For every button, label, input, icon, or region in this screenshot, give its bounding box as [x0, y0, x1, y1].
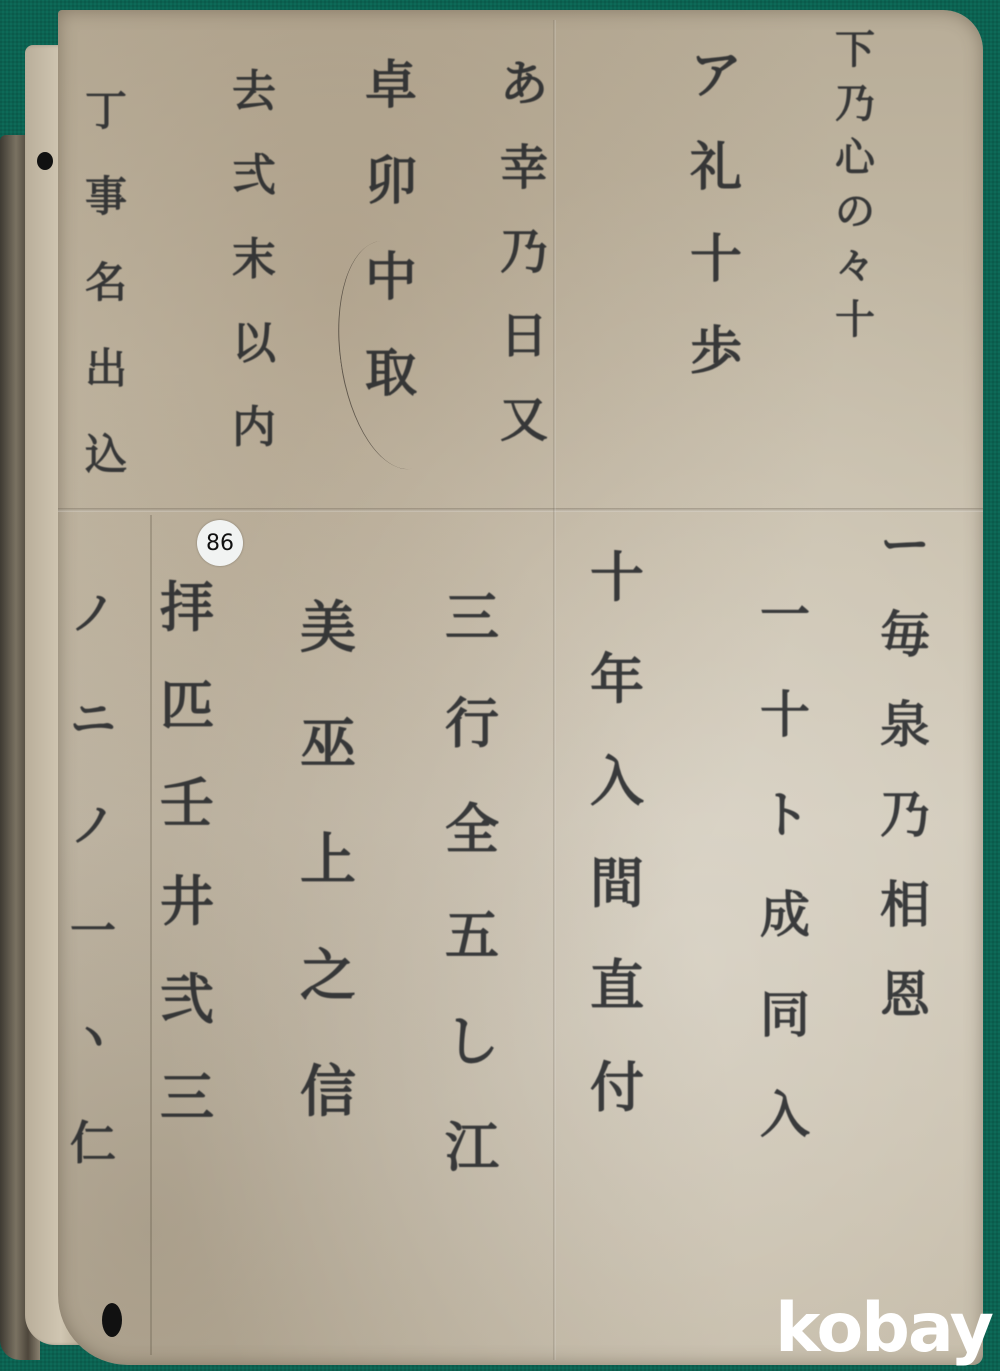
- ink-glyph: 間: [590, 856, 644, 910]
- text-column-upper-2: ア 礼 十 歩: [690, 50, 742, 378]
- ink-glyph: 同: [760, 990, 810, 1040]
- ink-glyph: 入: [760, 1090, 810, 1140]
- ink-glyph: あ: [500, 60, 548, 108]
- ink-glyph: 乃: [880, 790, 930, 840]
- ink-glyph: 上: [300, 832, 356, 888]
- ink-glyph: 年: [590, 652, 644, 706]
- kobay-watermark: kobay: [775, 1295, 992, 1363]
- ink-glyph: 歩: [690, 326, 742, 378]
- ink-glyph: 心: [835, 138, 875, 178]
- ink-glyph: 十: [760, 690, 810, 740]
- text-column-upper-3: あ 幸 乃 日 又: [500, 60, 548, 444]
- page-number-sticker: 86: [197, 520, 243, 566]
- text-column-lower-1: ー 毎 泉 乃 相 恩: [880, 520, 930, 1020]
- ink-glyph: 卯: [365, 156, 417, 208]
- ink-blot: [37, 152, 53, 170]
- ink-glyph: 拝: [160, 580, 214, 634]
- text-column-lower-4: 三 行 全 五 し 江: [445, 590, 499, 1174]
- ink-glyph: 相: [880, 880, 930, 930]
- ink-glyph: 江: [445, 1120, 499, 1174]
- ink-glyph: 日: [500, 312, 548, 360]
- ink-glyph: 々: [835, 246, 875, 286]
- ink-glyph: 又: [500, 396, 548, 444]
- margin-line: [150, 515, 152, 1355]
- ink-glyph: 一: [760, 590, 810, 640]
- ink-glyph: 之: [300, 948, 356, 1004]
- ink-glyph: の: [835, 192, 875, 232]
- ink-glyph: ト: [760, 790, 810, 840]
- ink-glyph: 十: [690, 234, 742, 286]
- ink-glyph: ニ: [70, 696, 116, 742]
- ink-glyph: 泉: [880, 700, 930, 750]
- ink-glyph: 一: [70, 908, 116, 954]
- ink-glyph: 幸: [500, 144, 548, 192]
- ink-glyph: 入: [590, 754, 644, 808]
- ink-glyph: 五: [445, 908, 499, 962]
- text-column-upper-6: 丁 事 名 出 込: [85, 90, 127, 476]
- ink-glyph: し: [445, 1014, 499, 1068]
- ink-glyph: 仁: [70, 1120, 116, 1166]
- ink-glyph: 末: [232, 238, 276, 282]
- text-column-upper-5: 去 弍 末 以 内: [232, 70, 276, 450]
- text-column-upper-1: 下 乃 心 の 々 十: [835, 30, 875, 340]
- ink-glyph: 恩: [880, 970, 930, 1020]
- ink-glyph: 下: [835, 30, 875, 70]
- ink-glyph: 十: [835, 300, 875, 340]
- sticker-label: 86: [206, 531, 234, 556]
- ink-glyph: 弍: [232, 154, 276, 198]
- ink-glyph: ア: [690, 50, 742, 102]
- ink-glyph: 成: [760, 890, 810, 940]
- ink-glyph: 行: [445, 696, 499, 750]
- ink-glyph: 事: [85, 176, 127, 218]
- ink-glyph: 付: [590, 1060, 644, 1114]
- text-column-lower-5: 美 巫 上 之 信: [300, 600, 356, 1120]
- ink-glyph: 十: [590, 550, 644, 604]
- ink-glyph: 去: [232, 70, 276, 114]
- ink-glyph: ー: [880, 520, 930, 570]
- ink-glyph: ノ: [70, 590, 116, 636]
- ink-glyph: 名: [85, 262, 127, 304]
- ink-glyph: 井: [160, 874, 214, 928]
- ink-glyph: 卓: [365, 60, 417, 112]
- ink-glyph: 弐: [160, 972, 214, 1026]
- ink-glyph: 直: [590, 958, 644, 1012]
- ink-glyph: 礼: [690, 142, 742, 194]
- ink-glyph: 信: [300, 1064, 356, 1120]
- ink-glyph: 毎: [880, 610, 930, 660]
- ink-glyph: 壬: [160, 776, 214, 830]
- text-column-lower-6: 拝 匹 壬 井 弐 三: [160, 580, 214, 1124]
- horizontal-fold-line: [58, 508, 983, 512]
- ink-glyph: ヽ: [70, 1014, 116, 1060]
- ink-glyph: 三: [445, 590, 499, 644]
- ink-glyph: 丁: [85, 90, 127, 132]
- ink-glyph: ノ: [70, 802, 116, 848]
- text-column-lower-7: ノ ニ ノ 一 ヽ 仁: [70, 590, 116, 1166]
- vertical-fold-line: [553, 20, 556, 1360]
- ink-glyph: 匹: [160, 678, 214, 732]
- ink-glyph: 内: [232, 406, 276, 450]
- text-column-lower-3: 十 年 入 間 直 付: [590, 550, 644, 1114]
- ink-glyph: 乃: [835, 84, 875, 124]
- ink-glyph: 巫: [300, 716, 356, 772]
- ink-glyph: 三: [160, 1070, 214, 1124]
- ink-blot: [102, 1303, 122, 1337]
- ink-glyph: 乃: [500, 228, 548, 276]
- ink-glyph: 込: [85, 434, 127, 476]
- text-column-lower-2: 一 十 ト 成 同 入: [760, 590, 810, 1140]
- ink-glyph: 以: [232, 322, 276, 366]
- ink-glyph: 出: [85, 348, 127, 390]
- ink-glyph: 美: [300, 600, 356, 656]
- ink-glyph: 全: [445, 802, 499, 856]
